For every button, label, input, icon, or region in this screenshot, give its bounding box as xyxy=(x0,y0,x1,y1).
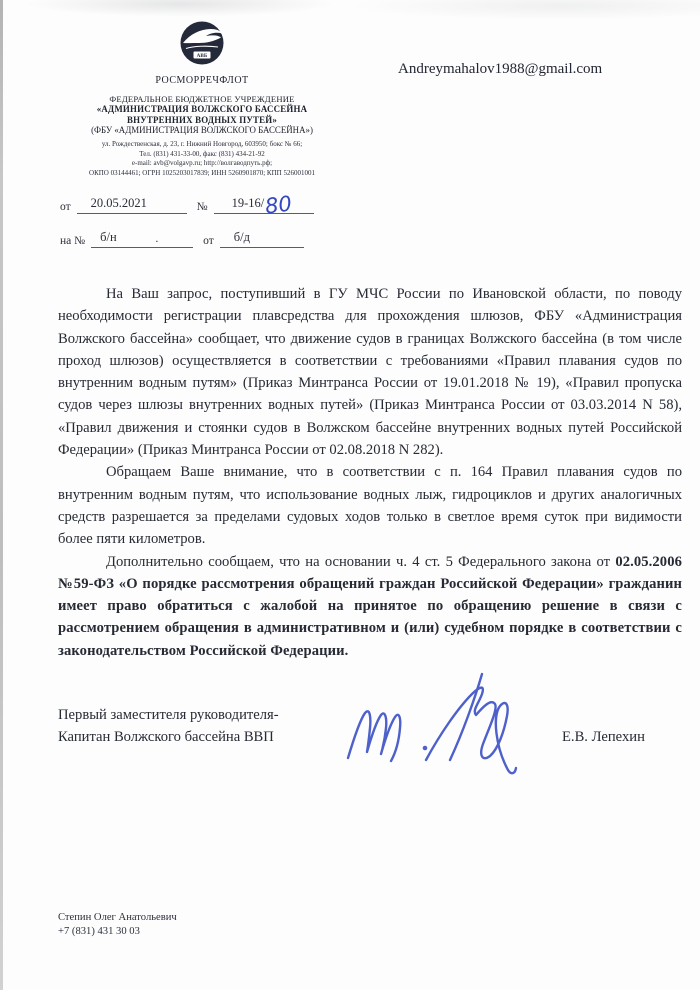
reply-date-value: б/д xyxy=(234,230,250,245)
from-label: от xyxy=(60,201,77,214)
org-email-line: e-mail: avb@volgavp.ru; http://волгаводп… xyxy=(28,159,376,169)
letter-date-field: 20.05.2021 xyxy=(77,192,187,214)
reference-block: от 20.05.2021 № 19-16/80 на № б/н . от б… xyxy=(60,192,360,260)
org-name-line1: «АДМИНИСТРАЦИЯ ВОЛЖСКОГО БАССЕЙНА xyxy=(28,104,376,115)
signatory-title-line1: Первый заместителя руководителя- xyxy=(58,704,279,726)
body-paragraph-1: На Ваш запрос, поступивший в ГУ МЧС Росс… xyxy=(58,283,682,461)
reply-date-field: б/д xyxy=(220,226,304,248)
org-registration-codes: ОКПО 03144461; ОГРН 1025203017839; ИНН 5… xyxy=(28,169,376,179)
letterhead: АВБ РОСМОРРЕЧФЛОТ ФЕДЕРАЛЬНОЕ БЮДЖЕТНОЕ … xyxy=(28,20,376,178)
executor-block: Степин Олег Анатольевич +7 (831) 431 30 … xyxy=(58,911,177,939)
letter-number-printed: 19-16/ xyxy=(232,196,265,210)
body-paragraph-3: Дополнительно сообщаем, что на основании… xyxy=(58,551,682,662)
body-paragraph-3-lead: Дополнительно сообщаем, что на основании… xyxy=(106,554,610,570)
logo-label: АВБ xyxy=(197,53,208,59)
reply-number-value: б/н xyxy=(100,230,117,245)
org-address: ул. Рождественская, д. 23, г. Нижний Нов… xyxy=(28,140,376,150)
number-label: № xyxy=(187,201,214,214)
incoming-ref-row: на № б/н . от б/д xyxy=(60,226,360,248)
org-type: ФЕДЕРАЛЬНОЕ БЮДЖЕТНОЕ УЧРЕЖДЕНИЕ xyxy=(28,94,376,104)
reply-from-label: от xyxy=(193,235,220,248)
letter-number-value: 19-16/80 xyxy=(232,195,291,211)
handwritten-signature-icon xyxy=(330,660,550,787)
letter-body: На Ваш запрос, поступивший в ГУ МЧС Росс… xyxy=(58,283,682,662)
scanned-letter-page: АВБ РОСМОРРЕЧФЛОТ ФЕДЕРАЛЬНОЕ БЮДЖЕТНОЕ … xyxy=(0,0,700,990)
letter-date-value: 20.05.2021 xyxy=(91,196,147,211)
signatory-title: Первый заместителя руководителя- Капитан… xyxy=(58,704,279,749)
recipient-email: Andreymahalov1988@gmail.com xyxy=(398,61,602,78)
executor-phone: +7 (831) 431 30 03 xyxy=(58,925,177,939)
body-paragraph-2: Обращаем Ваше внимание, что в соответств… xyxy=(58,461,682,550)
org-logo-avb-icon: АВБ xyxy=(179,20,225,66)
letter-number-handwritten: 80 xyxy=(265,198,293,211)
reply-to-label: на № xyxy=(60,235,91,248)
reply-number-field: б/н . xyxy=(91,226,193,248)
scan-edge-artifact xyxy=(0,0,3,990)
org-contact-block: ул. Рождественская, д. 23, г. Нижний Нов… xyxy=(28,140,376,178)
signatory-title-line2: Капитан Волжского бассейна ВВП xyxy=(58,726,279,748)
org-name-line2: ВНУТРЕННИХ ВОДНЫХ ПУТЕЙ» xyxy=(28,115,376,126)
outgoing-ref-row: от 20.05.2021 № 19-16/80 xyxy=(60,192,360,214)
org-phone: Тел. (831) 431-33-00, факс (831) 434-21-… xyxy=(28,150,376,160)
signatory-name: Е.В. Лепехин xyxy=(562,729,645,746)
reply-dot-mark: . xyxy=(155,231,158,246)
executor-name: Степин Олег Анатольевич xyxy=(58,911,177,925)
agency-name: РОСМОРРЕЧФЛОТ xyxy=(28,75,376,86)
letter-number-field: 19-16/80 xyxy=(214,192,314,214)
org-short-name: (ФБУ «АДМИНИСТРАЦИЯ ВОЛЖСКОГО БАССЕЙНА») xyxy=(28,125,376,136)
